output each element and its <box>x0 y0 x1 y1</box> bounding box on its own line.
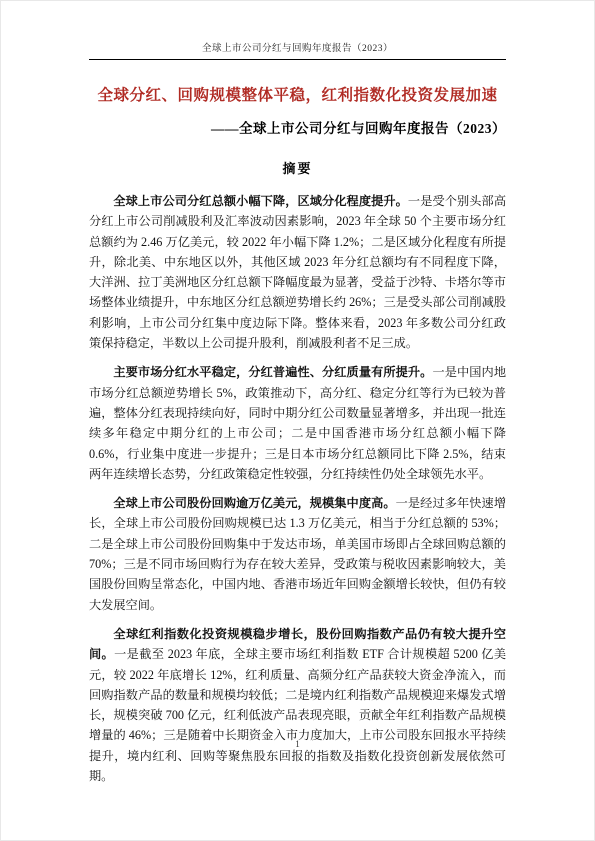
abstract-paragraph-4: 全球红利指数化投资规模稳步增长，股份回购指数产品仍有较大提升空间。一是截至 20… <box>89 624 506 786</box>
abstract-heading: 摘要 <box>89 158 506 177</box>
paragraph-lead: 全球上市公司股份回购逾万亿美元，规模集中度高。 <box>113 496 395 510</box>
abstract-body: 全球上市公司分红总额小幅下降，区域分化程度提升。一是受个别头部高分红上市公司削减… <box>89 191 506 786</box>
abstract-paragraph-3: 全球上市公司股份回购逾万亿美元，规模集中度高。一是经过多年快速增长，全球上市公司… <box>89 493 506 615</box>
abstract-paragraph-1: 全球上市公司分红总额小幅下降，区域分化程度提升。一是受个别头部高分红上市公司削减… <box>89 191 506 353</box>
document-title: 全球分红、回购规模整体平稳，红利指数化投资发展加速 <box>89 83 506 105</box>
paragraph-text: 一是中国内地市场分红总额逆势增长 5%，政策推动下，高分红、稳定分红等行为已较为… <box>89 365 506 480</box>
paragraph-lead: 主要市场分红水平稳定，分红普遍性、分红质量有所提升。 <box>113 365 432 379</box>
paragraph-text: 一是经过多年快速增长，全球上市公司股份回购规模已达 1.3 万亿美元，相当于分红… <box>89 496 506 611</box>
paragraph-text: 一是受个别头部高分红上市公司削减股利及汇率波动因素影响，2023 年全球 50 … <box>89 194 506 350</box>
paragraph-lead: 全球上市公司分红总额小幅下降，区域分化程度提升。 <box>113 194 408 208</box>
abstract-paragraph-2: 主要市场分红水平稳定，分红普遍性、分红质量有所提升。一是中国内地市场分红总额逆势… <box>89 362 506 484</box>
document-subtitle: ——全球上市公司分红与回购年度报告（2023） <box>89 117 506 137</box>
header-rule <box>89 59 506 60</box>
paragraph-text: 一是截至 2023 年底，全球主要市场红利指数 ETF 合计规模超 5200 亿… <box>89 647 506 783</box>
running-header: 全球上市公司分红与回购年度报告（2023） <box>89 40 506 54</box>
page-number: 1 <box>0 739 595 749</box>
document-page: 全球上市公司分红与回购年度报告（2023） 全球分红、回购规模整体平稳，红利指数… <box>0 0 595 841</box>
